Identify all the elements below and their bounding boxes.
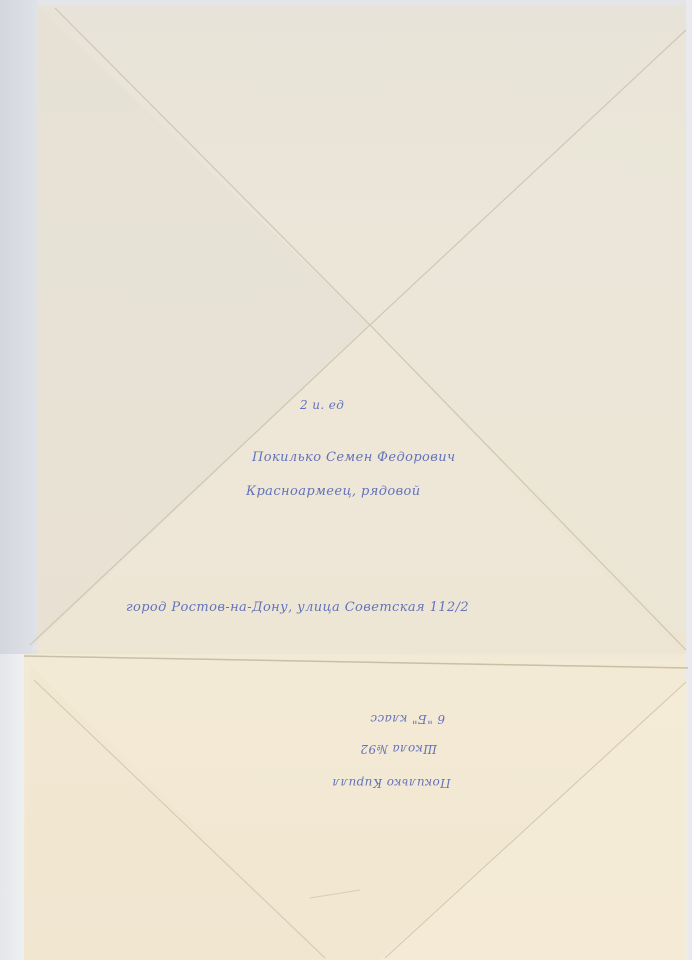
unit-line: 2 и. ед — [300, 398, 344, 412]
scanned-letter: 2 и. ед Покилько Семен Федорович Красноа… — [0, 0, 692, 960]
upside-down-name: Покилько Кирилл — [332, 776, 451, 790]
upside-down-school: Школа №92 — [360, 742, 437, 756]
recipient-rank: Красноармеец, рядовой — [246, 484, 421, 499]
sender-address: город Ростов-на-Дону, улица Советская 11… — [126, 600, 469, 615]
upside-down-class: 6 "Б" класс — [370, 712, 445, 726]
fold-lines — [0, 0, 692, 960]
recipient-name: Покилько Семен Федорович — [252, 450, 456, 465]
